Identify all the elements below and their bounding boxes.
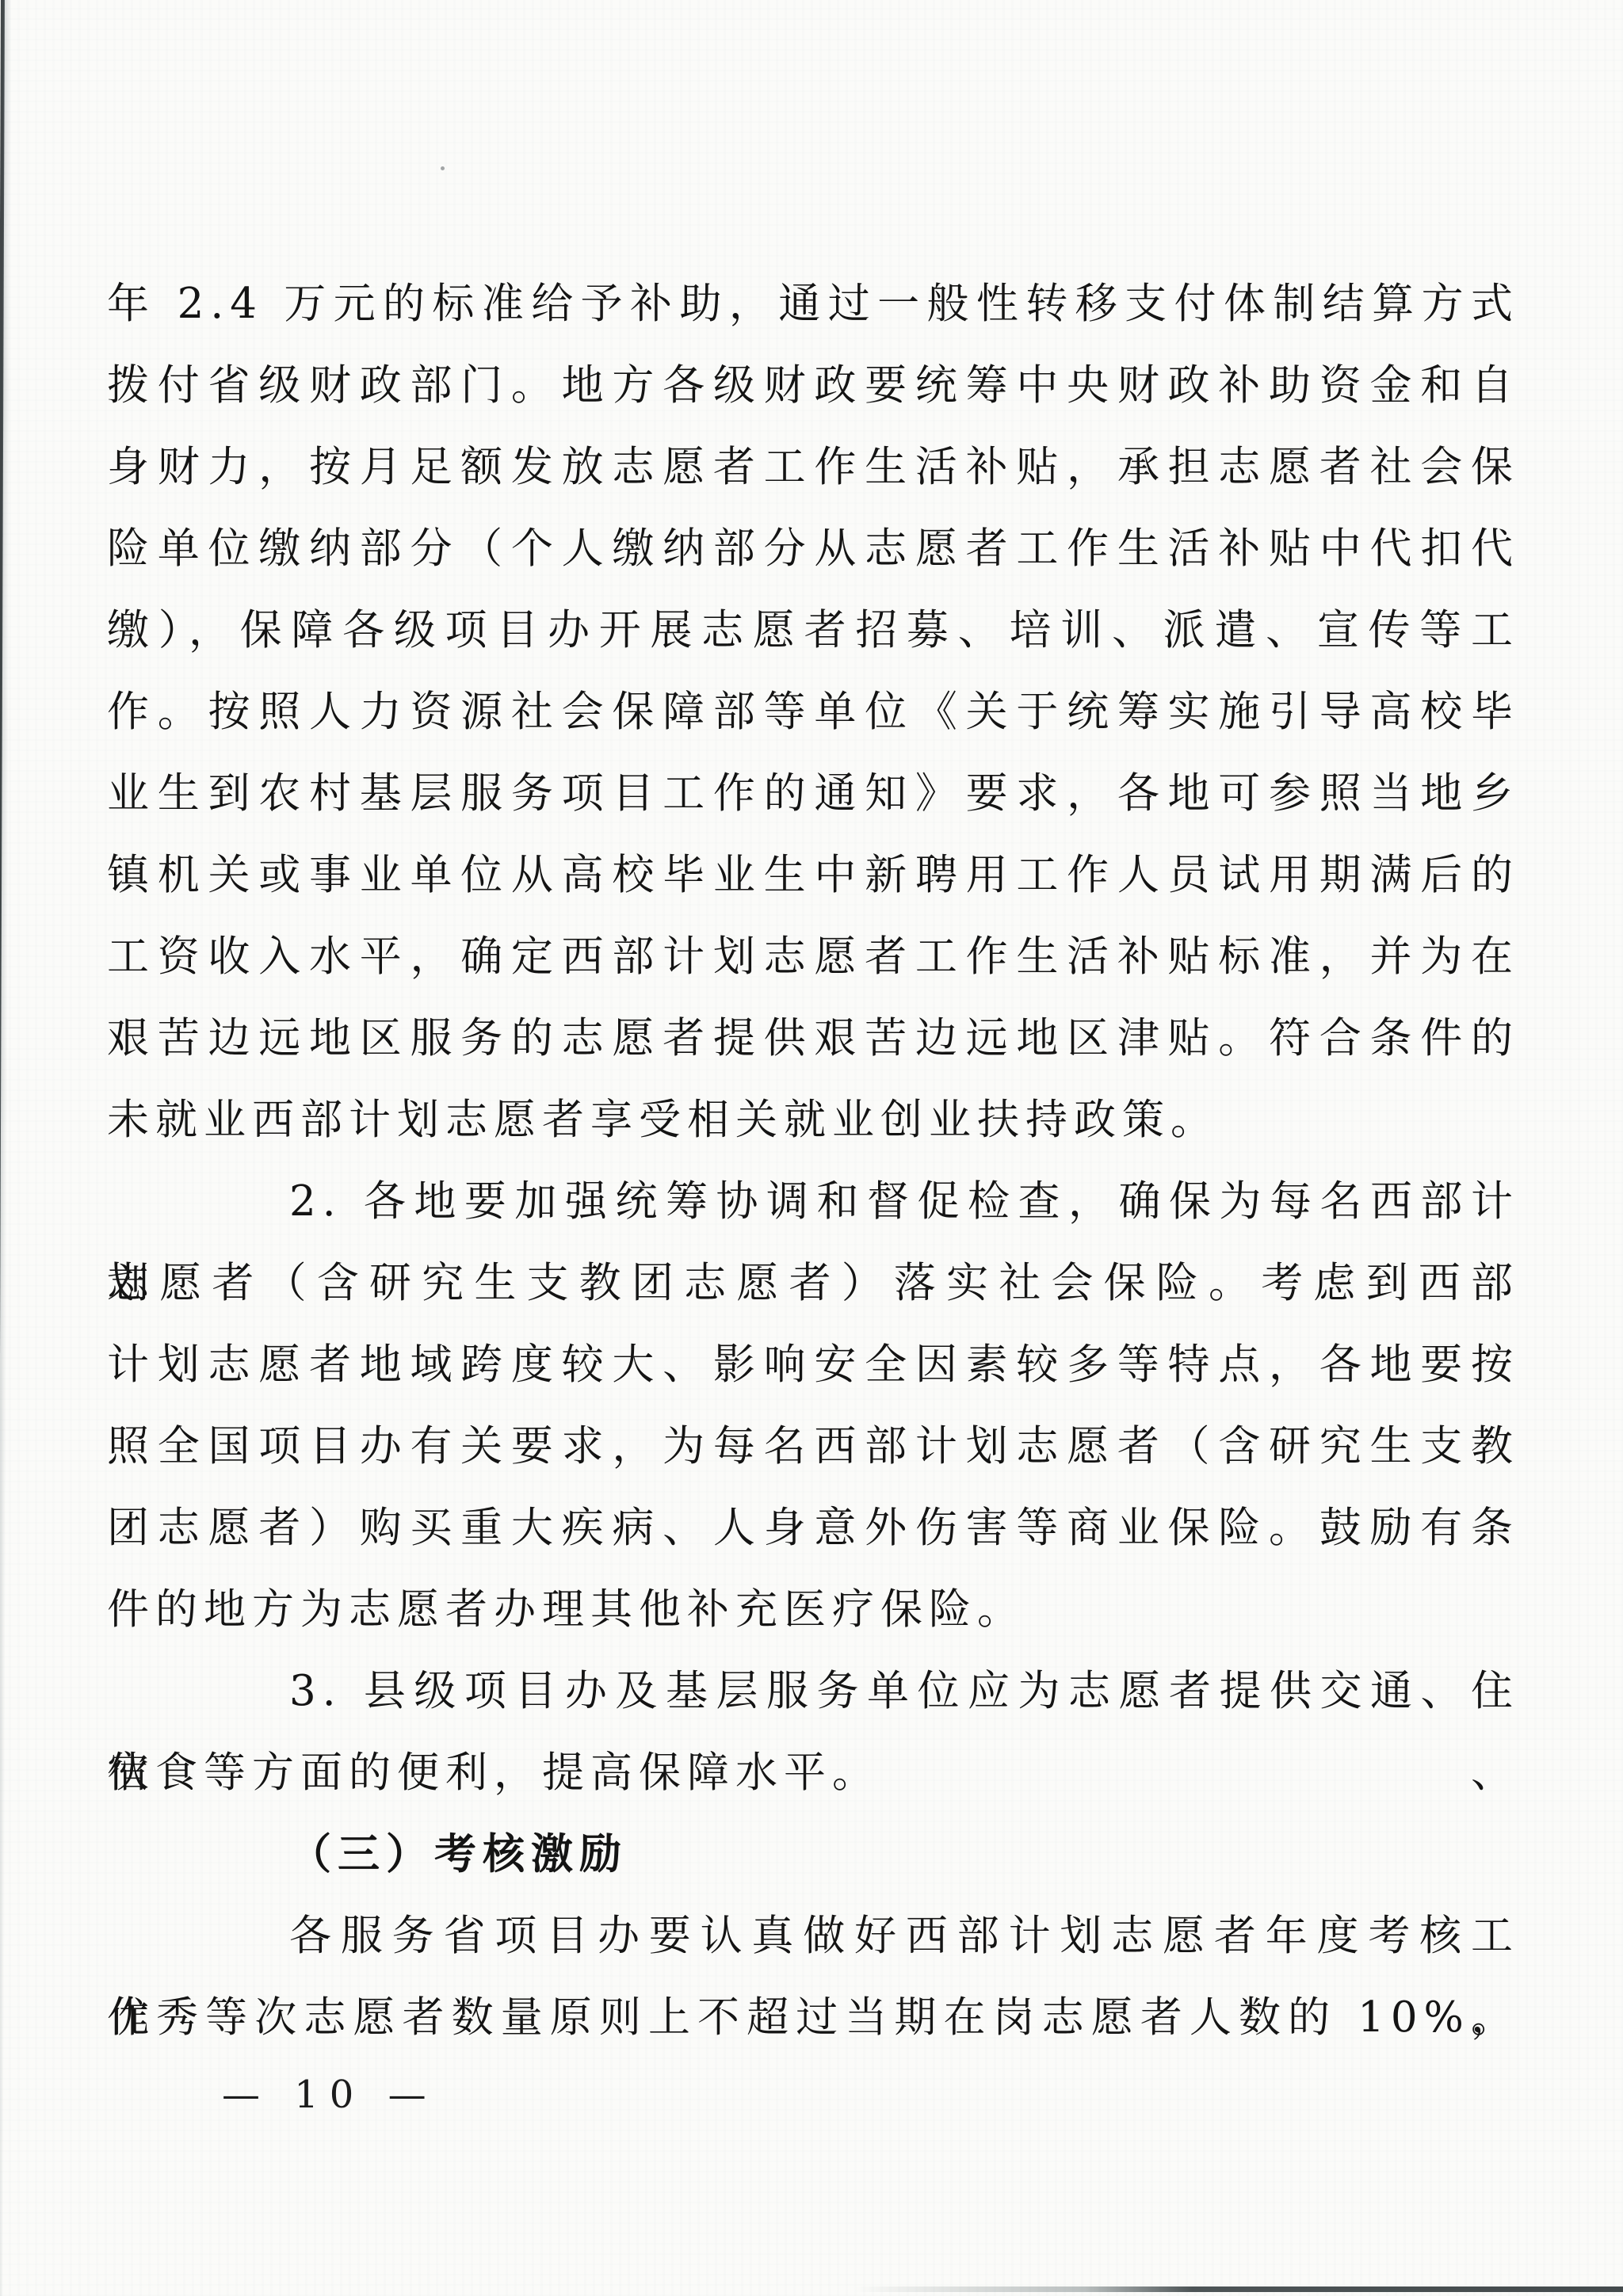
text-line: 3. 县级项目办及基层服务单位应为志愿者提供交通、住宿、 <box>107 1650 1519 1732</box>
text-line: 计划志愿者地域跨度较大、影响安全因素较多等特点，各地要按 <box>107 1324 1519 1405</box>
scan-bottom-edge-artifact <box>854 2286 1623 2292</box>
text-line: 业生到农村基层服务项目工作的通知》要求，各地可参照当地乡 <box>107 753 1519 834</box>
text-line: 未就业西部计划志愿者享受相关就业创业扶持政策。 <box>107 1079 1519 1161</box>
document-page: 年 2.4 万元的标准给予补助，通过一般性转移支付体制结算方式 拨付省级财政部门… <box>0 0 1623 2296</box>
text-line: 2. 各地要加强统筹协调和督促检查，确保为每名西部计划 <box>107 1161 1519 1242</box>
text-line: 优秀等次志愿者数量原则上不超过当期在岗志愿者人数的 10%， <box>107 1977 1519 2058</box>
text-line: 年 2.4 万元的标准给予补助，通过一般性转移支付体制结算方式 <box>107 263 1519 345</box>
text-line: 镇机关或事业单位从高校毕业生中新聘用工作人员试用期满后的 <box>107 834 1519 916</box>
text-line: 作。按照人力资源社会保障部等单位《关于统筹实施引导高校毕 <box>107 671 1519 753</box>
text-line: 照全国项目办有关要求，为每名西部计划志愿者（含研究生支教 <box>107 1405 1519 1487</box>
body-text: 年 2.4 万元的标准给予补助，通过一般性转移支付体制结算方式 拨付省级财政部门… <box>107 263 1519 2058</box>
text-line: 各服务省项目办要认真做好西部计划志愿者年度考核工作。 <box>107 1895 1519 1977</box>
text-line: 险单位缴纳部分（个人缴纳部分从志愿者工作生活补贴中代扣代 <box>107 508 1519 589</box>
text-line: 拨付省级财政部门。地方各级财政要统筹中央财政补助资金和自 <box>107 345 1519 426</box>
text-line: 工资收入水平，确定西部计划志愿者工作生活补贴标准，并为在 <box>107 916 1519 997</box>
text-line: 件的地方为志愿者办理其他补充医疗保险。 <box>107 1569 1519 1650</box>
text-line: 缴），保障各级项目办开展志愿者招募、培训、派遣、宣传等工 <box>107 589 1519 671</box>
text-line: 身财力，按月足额发放志愿者工作生活补贴，承担志愿者社会保 <box>107 426 1519 508</box>
scan-speckle <box>441 166 445 170</box>
text-line: 团志愿者）购买重大疾病、人身意外伤害等商业保险。鼓励有条 <box>107 1487 1519 1569</box>
section-heading: （三）考核激励 <box>107 1814 1519 1895</box>
text-line: 艰苦边远地区服务的志愿者提供艰苦边远地区津贴。符合条件的 <box>107 997 1519 1079</box>
page-number: — 10 — <box>222 2073 437 2117</box>
text-line: 志愿者（含研究生支教团志愿者）落实社会保险。考虑到西部 <box>107 1242 1519 1324</box>
